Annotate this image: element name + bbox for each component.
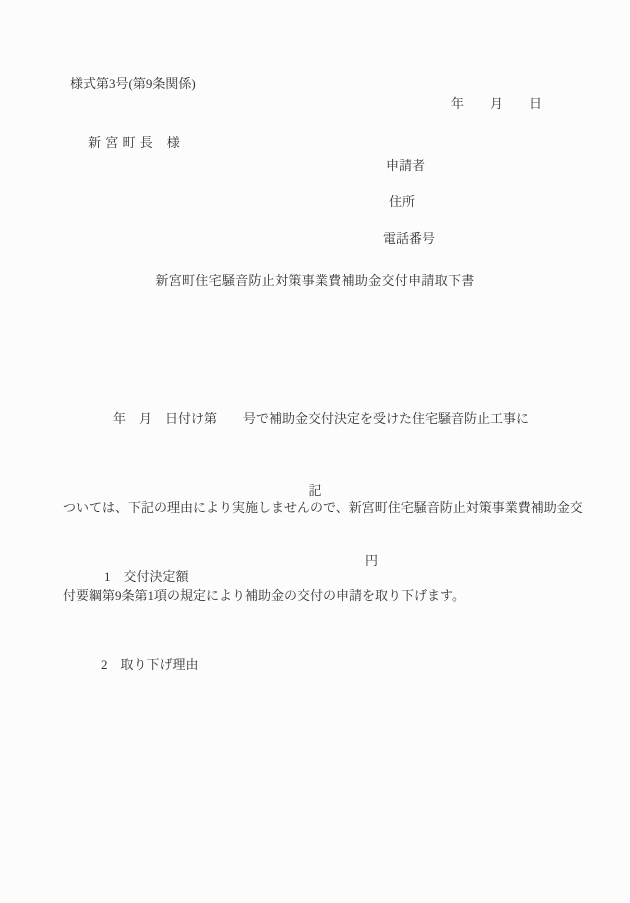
item-1-label: 交付決定額 (124, 569, 189, 584)
item-2-number: 2 (101, 657, 108, 672)
body-paragraph-line-1: 年 月 日付け第 号で補助金交付決定を受けた住宅騒音防止工事に (63, 404, 568, 434)
document-title: 新宮町住宅騒音防止対策事業費補助金交付申請取下書 (0, 273, 630, 289)
form-number: 様式第3号(第9条関係) (70, 76, 196, 92)
list-item-grant-amount: 1交付決定額 円 (91, 553, 571, 618)
applicant-label: 申請者 (386, 158, 425, 174)
address-label: 住所 (389, 194, 415, 210)
date-line: 年 月 日 (451, 96, 542, 112)
list-item-withdrawal-reason: 2取り下げ理由 (88, 641, 568, 690)
body-paragraph: 年 月 日付け第 号で補助金交付決定を受けた住宅騒音防止工事に ついては、下記の… (63, 345, 568, 670)
section-heading-ki: 記 (0, 483, 630, 499)
addressee-line: 新 宮 町 長 様 (88, 135, 180, 151)
item-1-unit-yen: 円 (365, 553, 378, 569)
phone-number-label: 電話番号 (383, 231, 435, 247)
item-1-number: 1 (104, 569, 111, 584)
item-2-label: 取り下げ理由 (121, 657, 199, 672)
document-page: 様式第3号(第9条関係) 年 月 日 新 宮 町 長 様 申請者 住所 電話番号… (0, 0, 630, 903)
